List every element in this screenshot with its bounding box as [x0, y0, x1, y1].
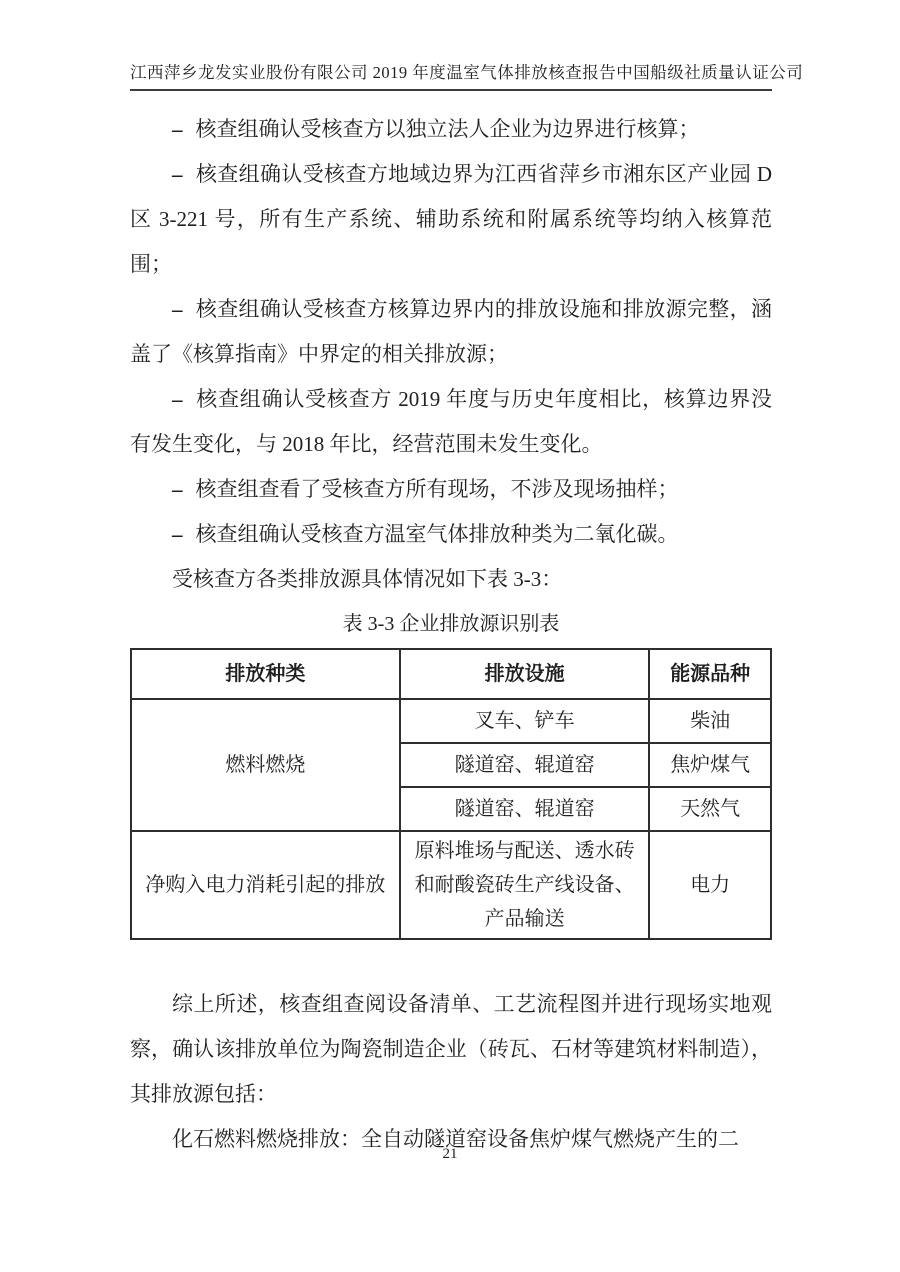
body-paragraph: 综上所述，核查组查阅设备清单、工艺流程图并进行现场实地观察，确认该排放单位为陶瓷…	[130, 982, 772, 1117]
document-page: 江西萍乡龙发实业股份有限公司 2019 年度温室气体排放核查报告中国船级社质量认…	[0, 0, 900, 1272]
bullet-text: 核查组确认受核查方核算边界内的排放设施和排放源完整，涵盖了《核算指南》中界定的相…	[130, 297, 772, 366]
bullet-paragraph: –核查组确认受核查方以独立法人企业为边界进行核算；	[130, 107, 772, 152]
bullet-text: 核查组确认受核查方以独立法人企业为边界进行核算；	[196, 117, 700, 141]
page-header-title: 江西萍乡龙发实业股份有限公司 2019 年度温室气体排放核查报告中国船级社质量认…	[130, 62, 772, 91]
document-body: –核查组确认受核查方以独立法人企业为边界进行核算； –核查组确认受核查方地域边界…	[130, 107, 772, 1162]
bullet-dash: –	[172, 387, 183, 411]
cell-energy: 天然气	[649, 787, 771, 831]
cell-energy: 焦炉煤气	[649, 743, 771, 787]
cell-category-fuel-combustion: 燃料燃烧	[131, 699, 400, 831]
bullet-paragraph: –核查组确认受核查方地域边界为江西省萍乡市湘东区产业园 D 区 3-221 号，…	[130, 152, 772, 287]
closing-section: 综上所述，核查组查阅设备清单、工艺流程图并进行现场实地观察，确认该排放单位为陶瓷…	[130, 982, 772, 1162]
bullet-text: 核查组确认受核查方地域边界为江西省萍乡市湘东区产业园 D 区 3-221 号，所…	[130, 162, 772, 276]
bullet-dash: –	[172, 297, 183, 321]
bullet-dash: –	[172, 117, 183, 141]
bullet-paragraph: –核查组确认受核查方温室气体排放种类为二氧化碳。	[130, 512, 772, 557]
cell-facility: 隧道窑、辊道窑	[400, 787, 650, 831]
cell-facility: 叉车、铲车	[400, 699, 650, 743]
bullet-dash: –	[172, 162, 183, 186]
bullet-text: 核查组确认受核查方温室气体排放种类为二氧化碳。	[196, 522, 679, 546]
cell-energy: 柴油	[649, 699, 771, 743]
column-header-energy-type: 能源品种	[649, 649, 771, 699]
table-row: 燃料燃烧 叉车、铲车 柴油	[131, 699, 771, 743]
column-header-emission-category: 排放种类	[131, 649, 400, 699]
bullet-paragraph: –核查组查看了受核查方所有现场，不涉及现场抽样；	[130, 467, 772, 512]
page-number: 21	[0, 1146, 900, 1163]
table-caption: 表 3-3 企业排放源识别表	[130, 602, 772, 646]
cell-facility: 原料堆场与配送、透水砖和耐酸瓷砖生产线设备、产品输送	[400, 831, 650, 939]
bullet-paragraph: –核查组确认受核查方核算边界内的排放设施和排放源完整，涵盖了《核算指南》中界定的…	[130, 287, 772, 377]
lead-in-paragraph: 受核查方各类排放源具体情况如下表 3-3：	[130, 557, 772, 602]
cell-energy: 电力	[649, 831, 771, 939]
bullet-text: 核查组查看了受核查方所有现场，不涉及现场抽样；	[196, 477, 679, 501]
bullet-dash: –	[172, 477, 183, 501]
emission-source-table: 排放种类 排放设施 能源品种 燃料燃烧 叉车、铲车 柴油 隧道窑、辊道窑 焦炉煤…	[130, 648, 772, 940]
bullet-paragraph: –核查组确认受核查方 2019 年度与历史年度相比，核算边界没有发生变化，与 2…	[130, 377, 772, 467]
table-header-row: 排放种类 排放设施 能源品种	[131, 649, 771, 699]
cell-category-purchased-electricity: 净购入电力消耗引起的排放	[131, 831, 400, 939]
cell-facility: 隧道窑、辊道窑	[400, 743, 650, 787]
bullet-dash: –	[172, 522, 183, 546]
column-header-emission-facility: 排放设施	[400, 649, 650, 699]
bullet-text: 核查组确认受核查方 2019 年度与历史年度相比，核算边界没有发生变化，与 20…	[130, 387, 772, 456]
table-row: 净购入电力消耗引起的排放 原料堆场与配送、透水砖和耐酸瓷砖生产线设备、产品输送 …	[131, 831, 771, 939]
